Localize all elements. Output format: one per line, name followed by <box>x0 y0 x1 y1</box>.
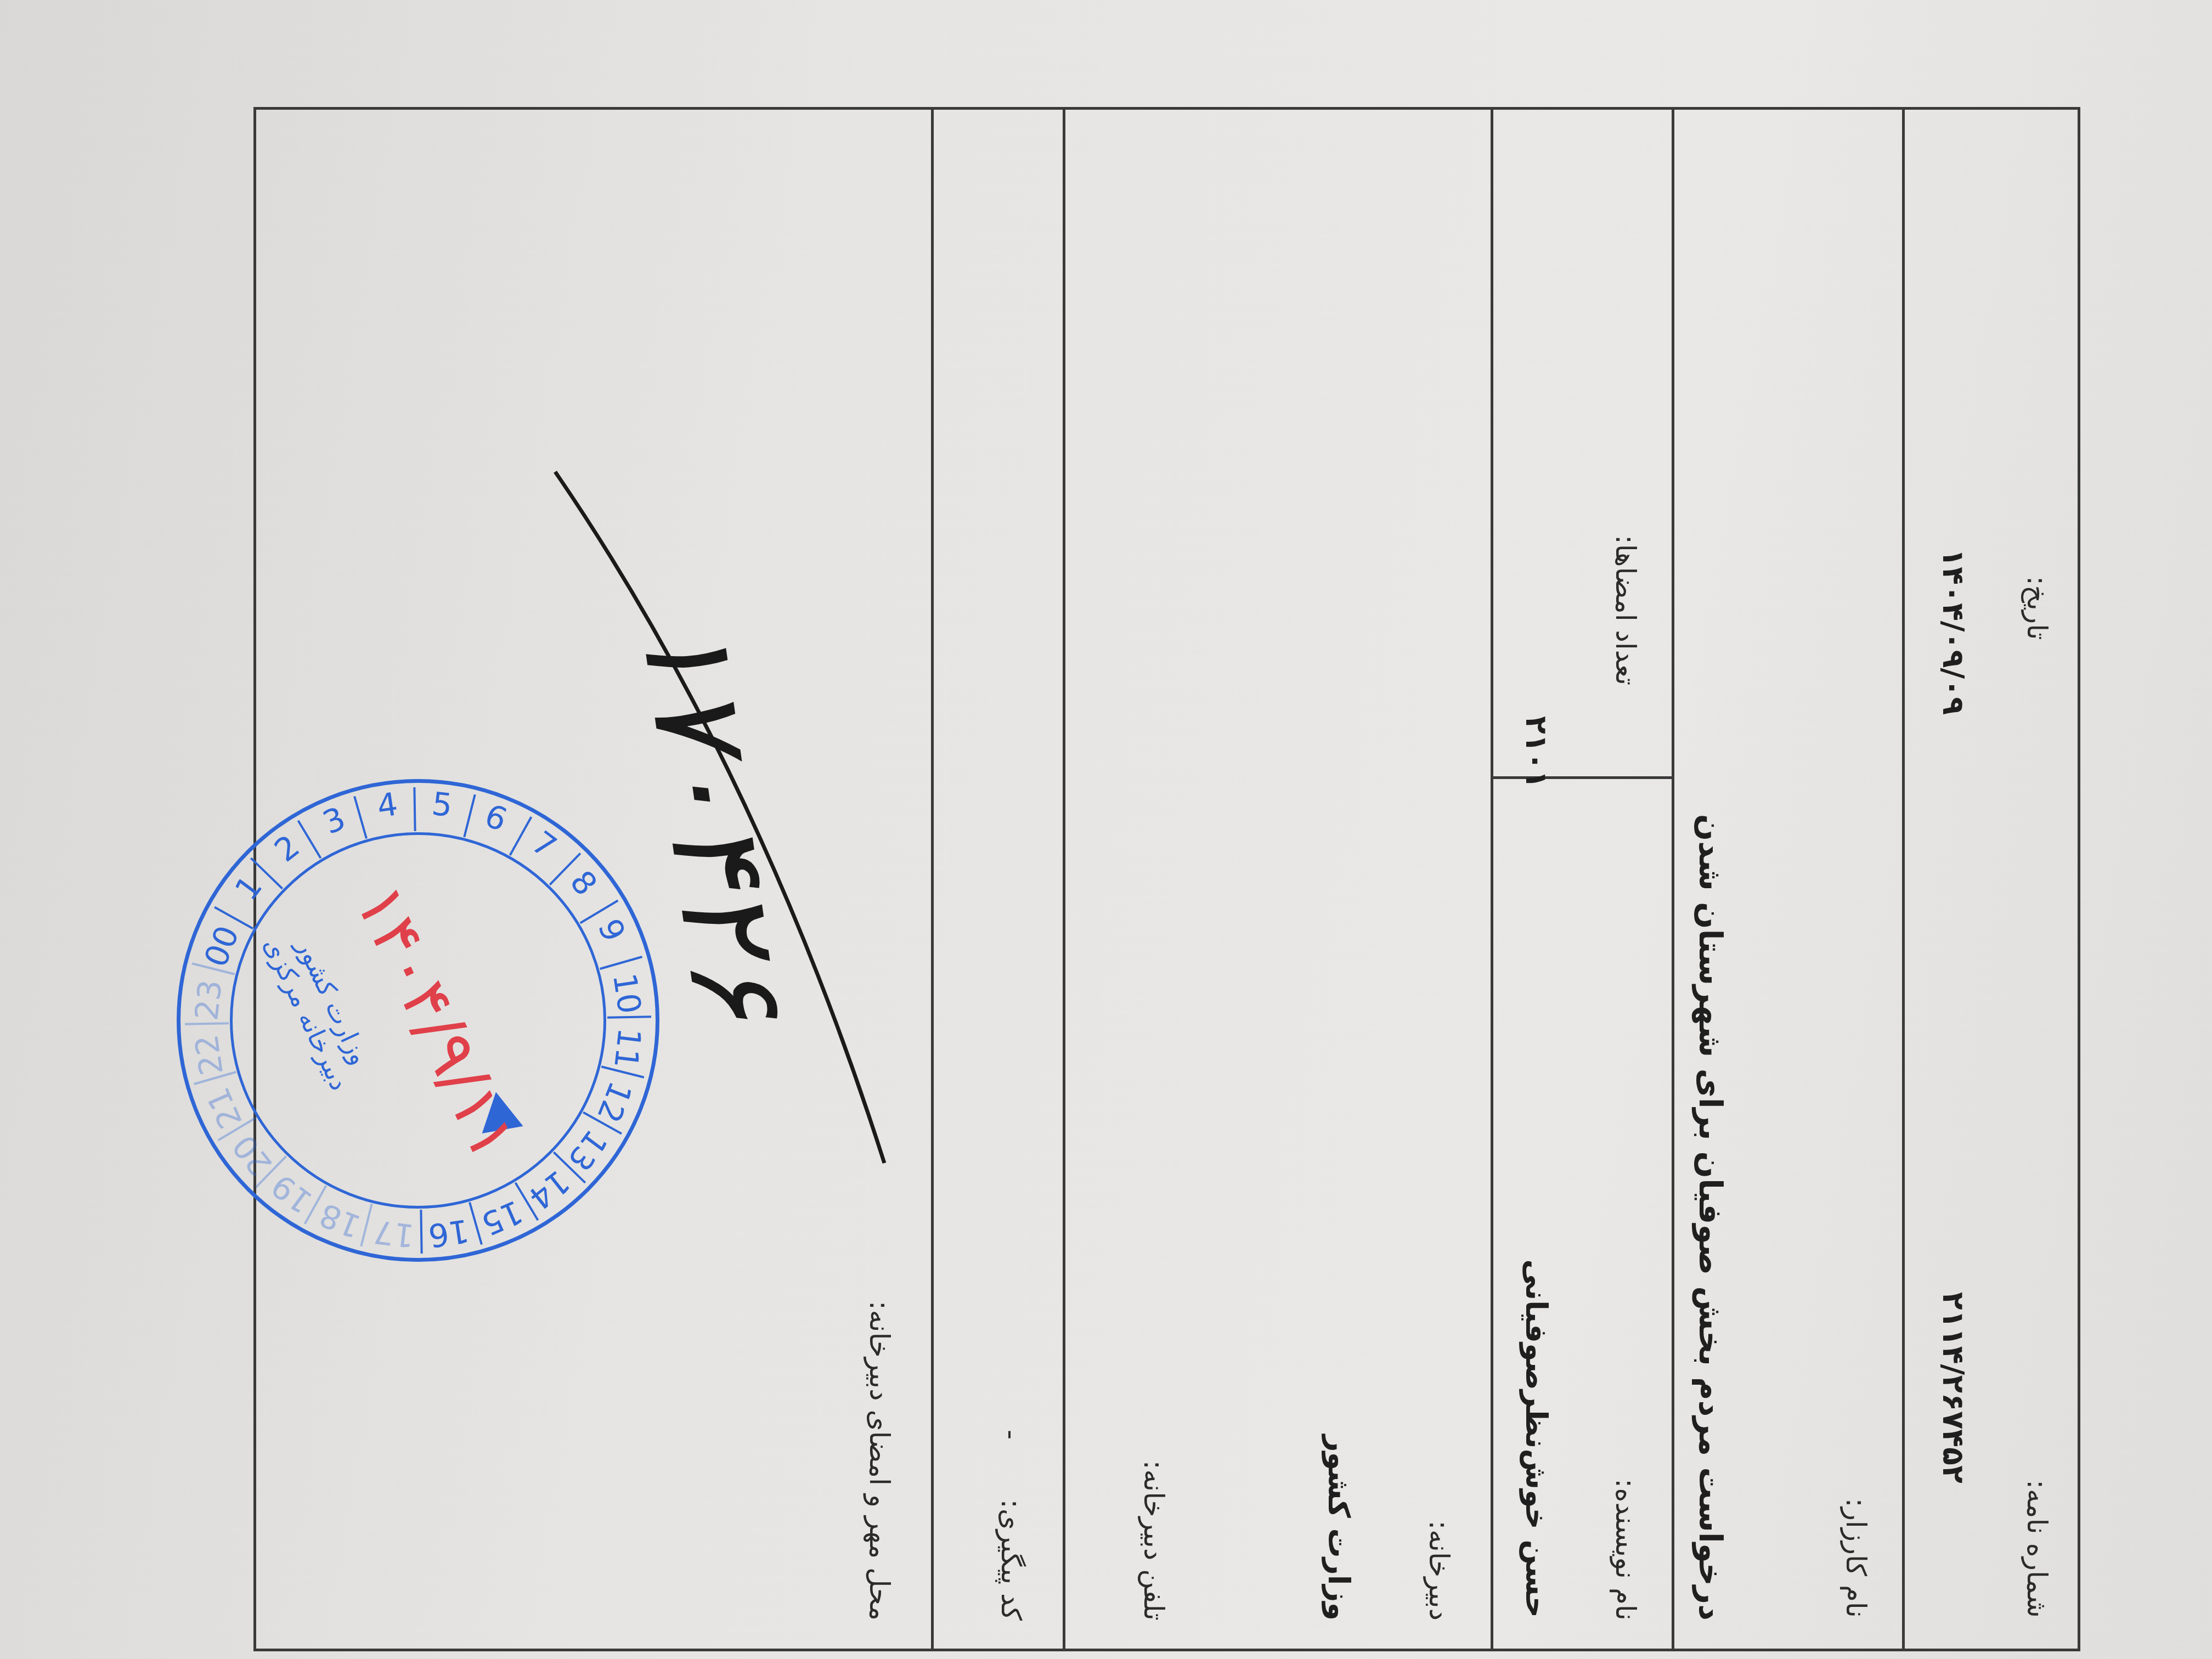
stamp-hour-label: 18 <box>314 1196 366 1245</box>
stamp-hour-label: 10 <box>606 970 648 1016</box>
stamp-hour-label: 1 <box>228 869 270 907</box>
stamp-hour-label: 4 <box>375 785 400 825</box>
stamp-hour-divider <box>413 787 416 831</box>
stamp-hour-divider <box>600 956 642 970</box>
stamp-hour-label: 3 <box>318 799 351 842</box>
stamp-hour-divider <box>185 1022 229 1025</box>
stamp-hour-divider <box>463 794 476 837</box>
stamp-hour-label: 23 <box>188 978 229 1022</box>
stamp-hour-divider <box>353 796 368 839</box>
stamp-hour-label: 8 <box>563 864 605 902</box>
stamp-hour-label: 15 <box>476 1193 528 1243</box>
secretariat-date-stamp: 001234567891011121314151617181920212223 … <box>177 779 659 1262</box>
stamp-hour-divider <box>607 1015 651 1018</box>
stamp-hour-label: 11 <box>607 1026 648 1071</box>
stamp-hour-label: 9 <box>591 913 633 947</box>
stamp-hour-label: 6 <box>479 797 512 839</box>
stamp-hour-label: 2 <box>267 828 306 870</box>
stamp-hour-label: 16 <box>426 1212 472 1255</box>
stamp-hour-label: 7 <box>524 823 563 866</box>
document-page: شماره نامه: ۲۱۱۴/۲۶۷۴۵۲ تاریخ: ۱۴۰۴/۰۹/۰… <box>0 0 2212 1659</box>
stamp-hour-label: 22 <box>188 1032 230 1078</box>
stamp-hour-divider <box>420 1210 422 1254</box>
stamp-hour-label: 17 <box>371 1213 416 1255</box>
stamp-hour-label: 5 <box>430 785 454 824</box>
